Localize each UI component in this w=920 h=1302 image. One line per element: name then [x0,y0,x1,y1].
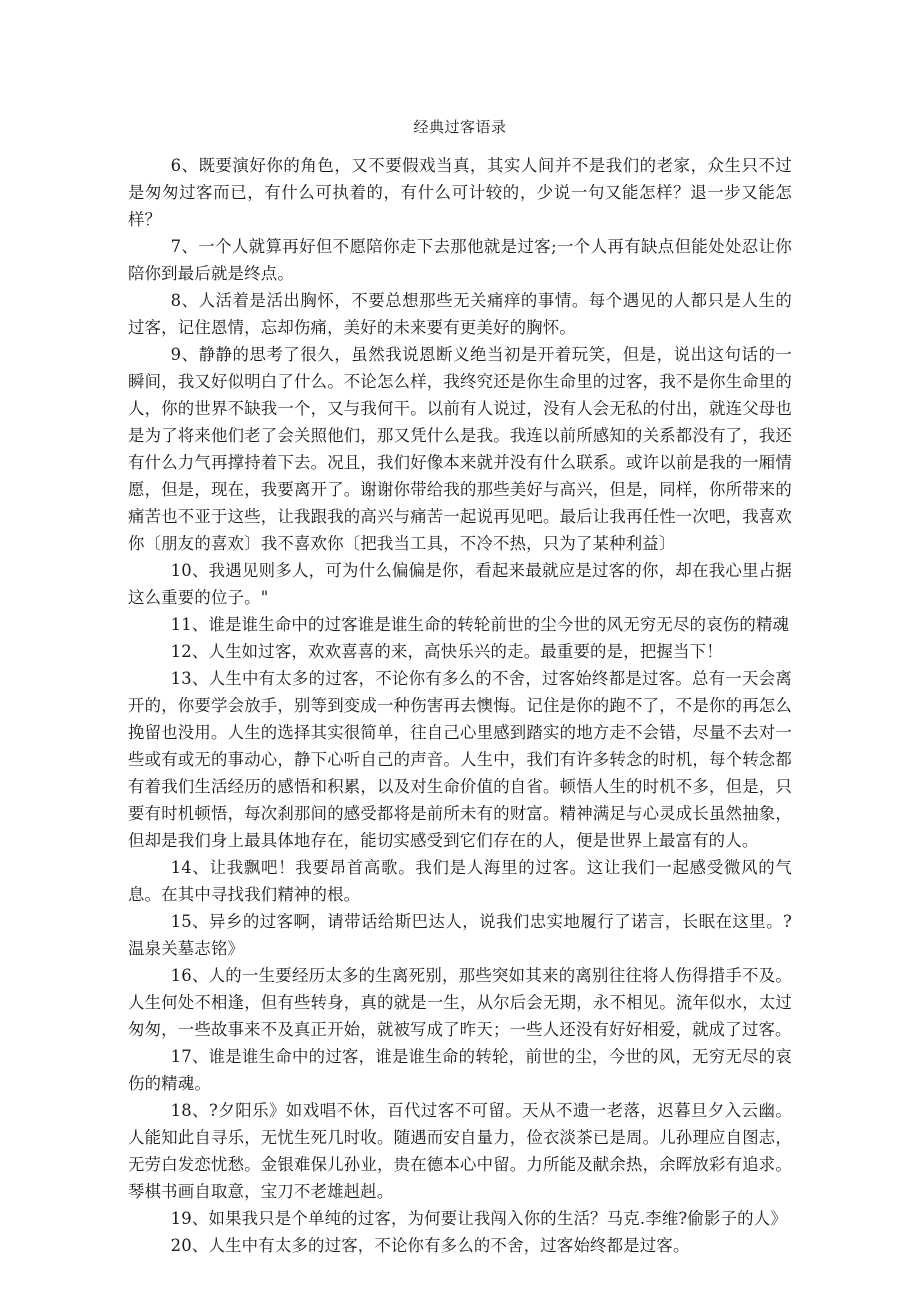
quote-paragraph-7: 7、一个人就算再好但不愿陪你走下去那他就是过客;一个人再有缺点但能处处忍让你陪你… [128,233,792,287]
quote-paragraph-18: 18、?夕阳乐》如戏唱不休，百代过客不可留。天从不遗一老落，迟暮旦夕入云幽。人能… [128,1097,792,1205]
quote-paragraph-14: 14、让我飘吧！我要昂首高歌。我们是人海里的过客。这让我们一起感受微风的气息。在… [128,854,792,908]
quote-paragraph-13: 13、人生中有太多的过客，不论你有多么的不舍，过客始终都是过客。总有一天会离开的… [128,665,792,854]
document-title: 经典过客语录 [128,114,792,140]
quote-paragraph-19: 19、如果我只是个单纯的过客，为何要让我闯入你的生活？马克.李维?偷影子的人》 [128,1205,792,1232]
quote-paragraph-17: 17、谁是谁生命中的过客，谁是谁生命的转轮，前世的尘，今世的风，无穷无尽的哀伤的… [128,1043,792,1097]
quote-paragraph-16: 16、人的一生要经历太多的生离死别，那些突如其来的离别往往将人伤得措手不及。人生… [128,962,792,1043]
quote-paragraph-15: 15、异乡的过客啊，请带话给斯巴达人，说我们忠实地履行了诺言，长眠在这里。?温泉… [128,908,792,962]
quote-paragraph-6: 6、既要演好你的角色，又不要假戏当真，其实人间并不是我们的老家，众生只不过是匆匆… [128,152,792,233]
document-page: 经典过客语录 6、既要演好你的角色，又不要假戏当真，其实人间并不是我们的老家，众… [128,114,792,1259]
quote-paragraph-8: 8、人活着是活出胸怀，不要总想那些无关痛痒的事情。每个遇见的人都只是人生的过客，… [128,287,792,341]
quote-paragraph-9: 9、静静的思考了很久，虽然我说恩断义绝当初是开着玩笑，但是，说出这句话的一瞬间，… [128,341,792,557]
quote-paragraph-10: 10、我遇见则多人，可为什么偏偏是你，看起来最就应是过客的你，却在我心里占据这么… [128,557,792,611]
quote-paragraph-11: 11、谁是谁生命中的过客谁是谁生命的转轮前世的尘今世的风无穷无尽的哀伤的精魂 [128,611,792,638]
quote-paragraph-12: 12、人生如过客，欢欢喜喜的来，高快乐兴的走。最重要的是，把握当下！ [128,638,792,665]
quote-paragraph-20: 20、人生中有太多的过客，不论你有多么的不舍，过客始终都是过客。 [128,1232,792,1259]
